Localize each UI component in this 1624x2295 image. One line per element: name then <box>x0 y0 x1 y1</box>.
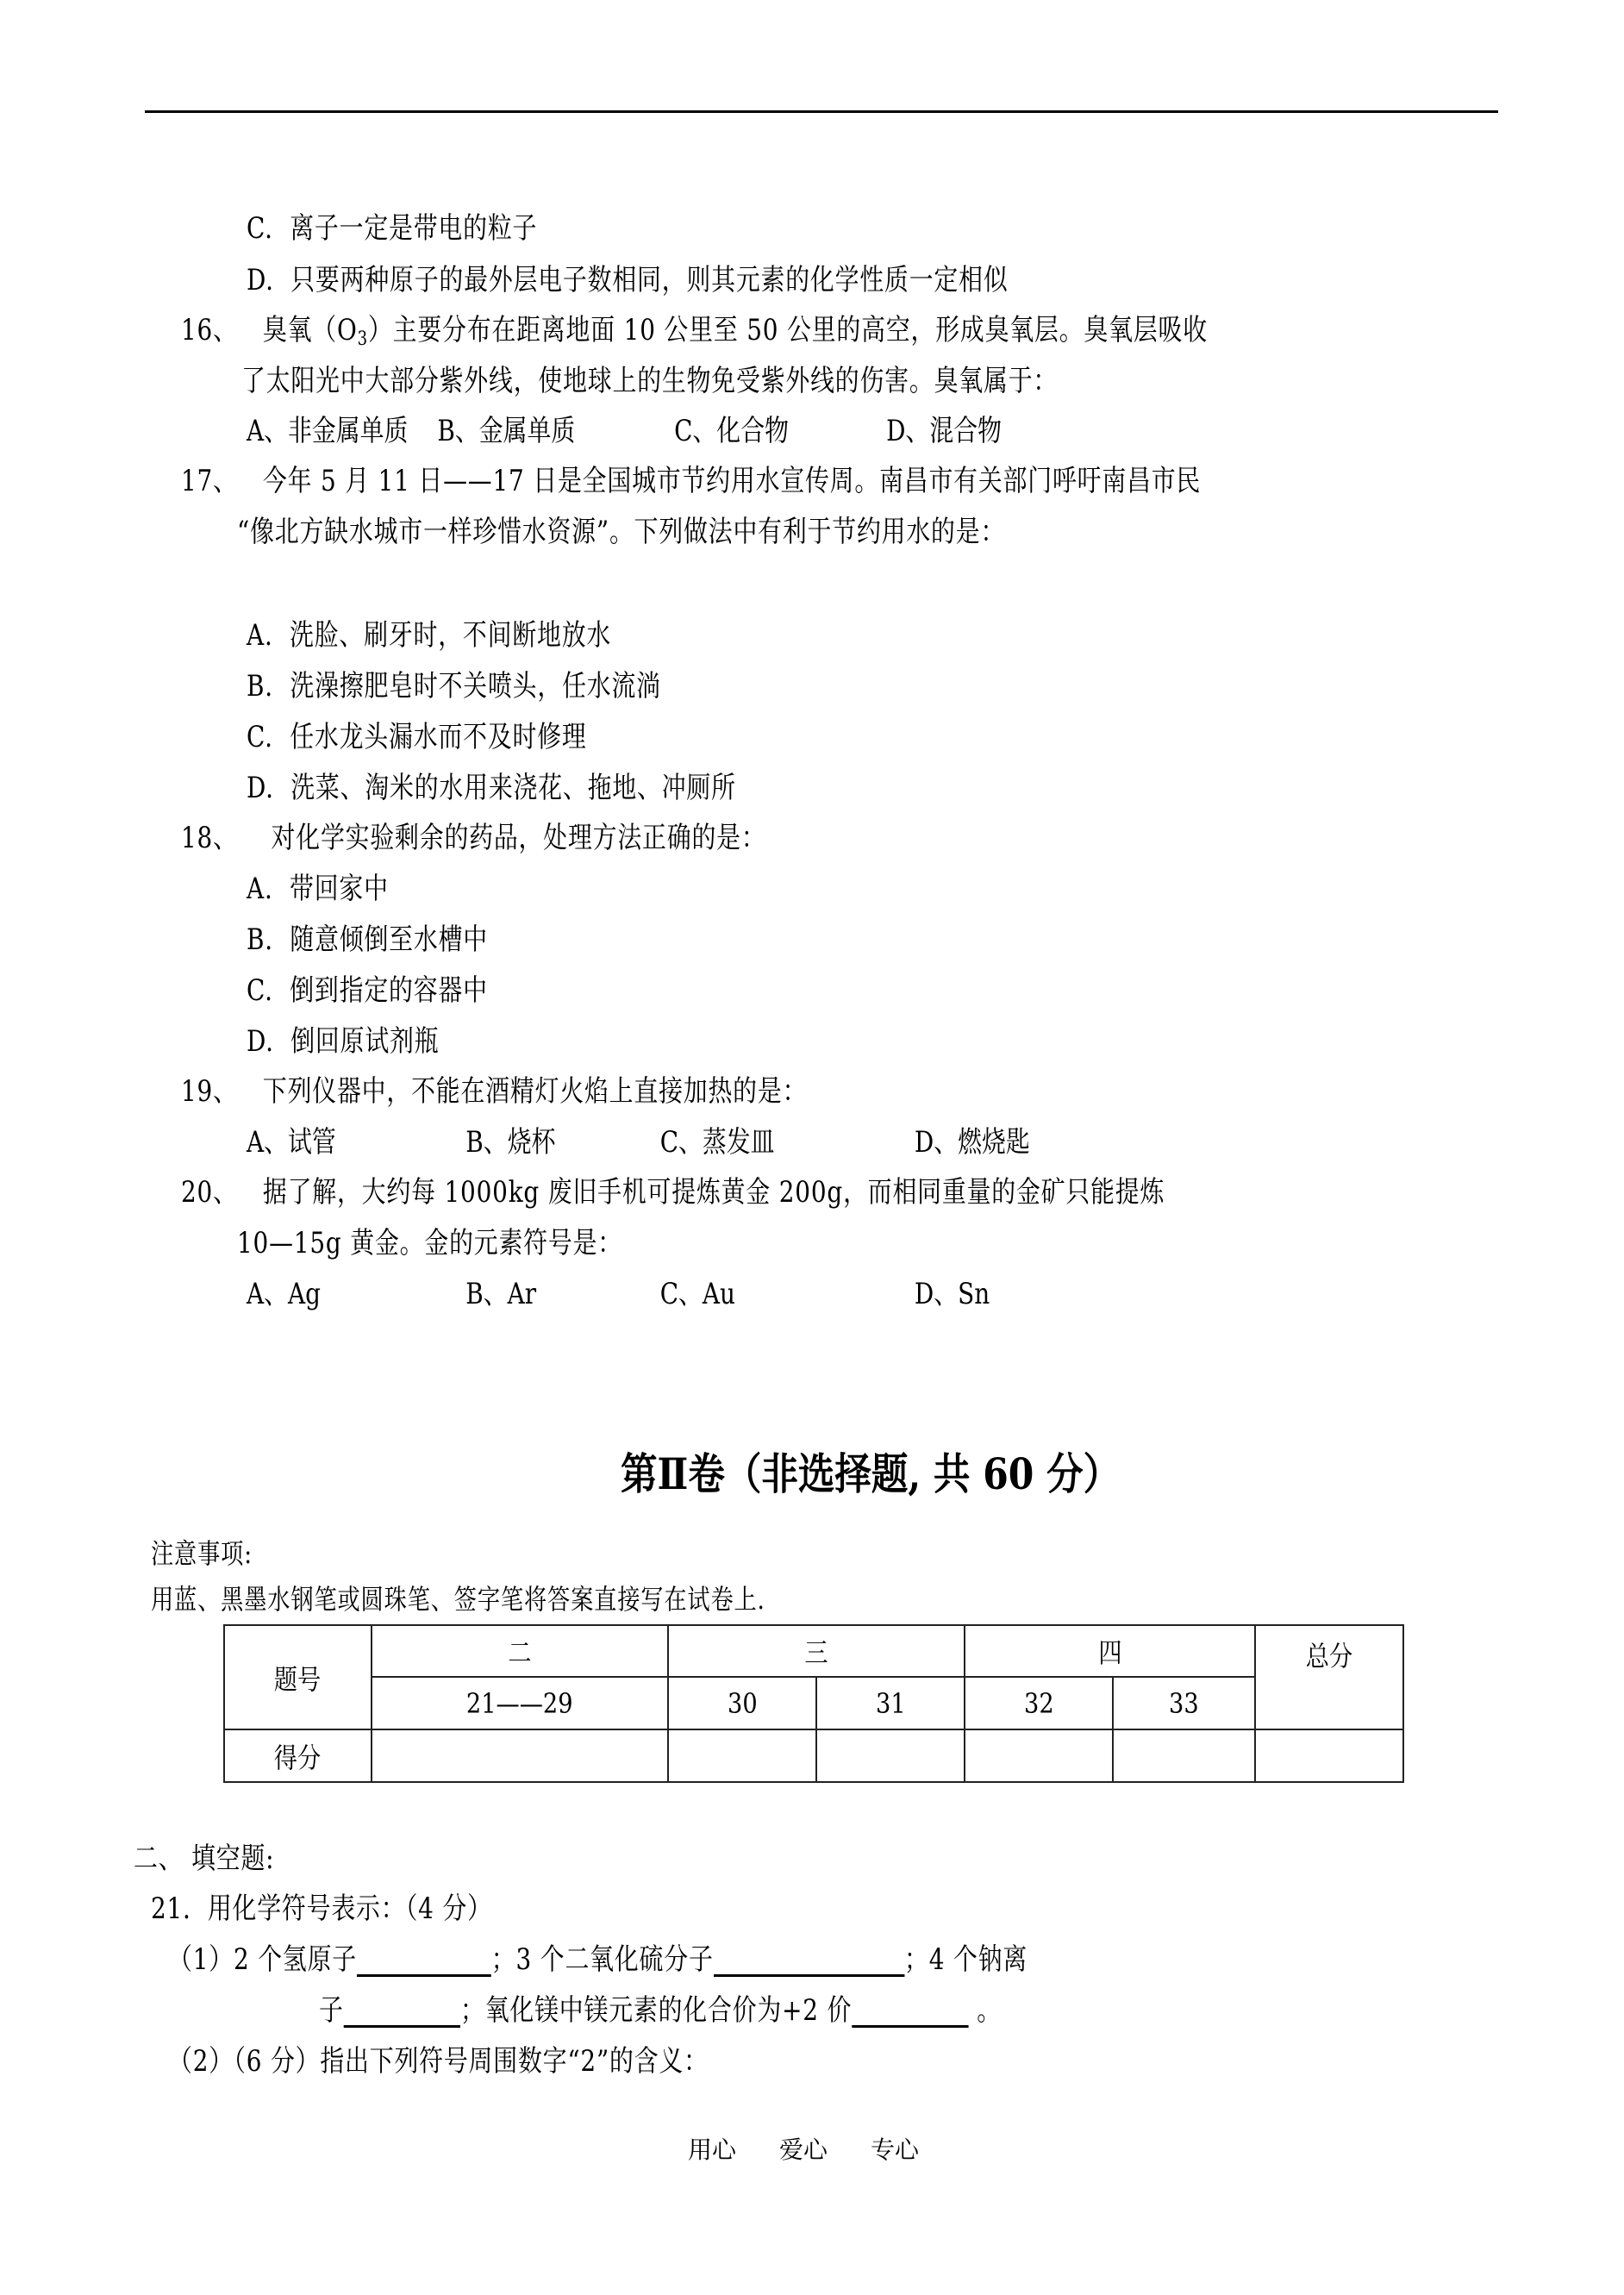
row-label-question-number: 题号 <box>224 1625 372 1729</box>
part2-title: 第Ⅱ卷（非选择题, 共 60 分） <box>621 1448 1120 1500</box>
answer-blank-sodium-ions[interactable] <box>344 1999 460 2028</box>
q15-option-c: C. 离子一定是带电的粒子 <box>247 211 537 246</box>
q21-text: ；4 个钠离 <box>904 1942 1027 1977</box>
q21-text: （1）2 个氢原子 <box>168 1942 357 1977</box>
option-c: C、蒸发皿 <box>660 1125 915 1160</box>
q21-text: ；氧化镁中镁元素的化合价为+2 价 <box>460 1993 852 2028</box>
score-cell-32[interactable] <box>965 1729 1113 1782</box>
option-c: C、Au <box>660 1277 915 1311</box>
option-text: 只要两种原子的最外层电子数相同，则其元素的化学性质一定相似 <box>290 263 1008 297</box>
option-label: B. <box>247 669 273 704</box>
option-a: A、Ag <box>247 1277 465 1311</box>
q17-option-d: D. 洗菜、淘米的水用来浇花、拖地、冲厕所 <box>247 771 736 805</box>
answer-blank-hydrogen-atoms[interactable] <box>357 1948 491 1977</box>
score-cell-21-29[interactable] <box>372 1729 668 1782</box>
label-text: 31 <box>876 1687 906 1720</box>
subcol-31: 31 <box>816 1677 965 1729</box>
q16-line2: 了太阳光中大部分紫外线，使地球上的生物免受紫外线的伤害。臭氧属于： <box>241 364 1058 398</box>
q17-line2: “像北方缺水城市一样珍惜水资源”。下列做法中有利于节约用水的是： <box>237 515 1005 549</box>
label-text: 得分 <box>274 1736 321 1776</box>
option-text: 随意倾倒至水槽中 <box>290 922 488 957</box>
header-rule <box>145 110 1498 113</box>
group-header-3: 三 <box>668 1625 965 1677</box>
page-footer: 用心爱心专心 <box>688 2131 962 2166</box>
q18-text: 对化学实验剩余的药品，处理方法正确的是： <box>272 821 766 855</box>
footer-item: 用心 <box>688 2136 736 2164</box>
option-label: C. <box>247 720 273 754</box>
option-text: 带回家中 <box>290 872 389 906</box>
q21-part2: （2）（6 分）指出下列符号周围数字“2”的含义： <box>168 2044 709 2079</box>
q16-text-a: 臭氧（O <box>263 313 358 347</box>
q20-text: 据了解，大约每 1000kg 废旧手机可提炼黄金 200g，而相同重量的金矿只能… <box>263 1175 1165 1210</box>
label-text: 题号 <box>274 1658 321 1698</box>
option-label: D. <box>247 1024 274 1059</box>
q15-option-d: D. 只要两种原子的最外层电子数相同，则其元素的化学性质一定相似 <box>247 263 1009 297</box>
q17-text: 今年 5 月 11 日——17 日是全国城市节约用水宣传周。南昌市有关部门呼吁南… <box>263 464 1201 498</box>
option-label: C. <box>247 211 273 246</box>
group-header-2: 二 <box>372 1625 668 1677</box>
option-text: 倒回原试剂瓶 <box>290 1024 439 1059</box>
option-label: A. <box>247 872 273 906</box>
q21-text: 。 <box>969 1993 1002 2028</box>
question-number: 18、 <box>181 821 238 855</box>
subcol-32: 32 <box>965 1677 1113 1729</box>
q20-line2: 10—15g 黄金。金的元素符号是： <box>237 1226 622 1260</box>
q19-text: 下列仪器中，不能在酒精灯火焰上直接加热的是： <box>263 1074 807 1109</box>
answer-blank-mg-valence[interactable] <box>852 1999 968 2028</box>
q21-text: ；3 个二氧化硫分子 <box>491 1942 714 1977</box>
option-b: B、Ar <box>465 1277 659 1311</box>
q21-text: 子 <box>319 1993 344 2028</box>
option-a: A、非金属单质 <box>247 414 437 448</box>
score-cell-30[interactable] <box>668 1729 816 1782</box>
option-d: D、混合物 <box>886 414 1002 448</box>
group-header-4: 四 <box>965 1625 1255 1677</box>
q19-line1: 19、 下列仪器中，不能在酒精灯火焰上直接加热的是： <box>181 1074 807 1109</box>
option-text: 离子一定是带电的粒子 <box>290 211 537 246</box>
footer-item: 爱心 <box>779 2136 828 2164</box>
label-text: 二 <box>508 1631 531 1671</box>
subcol-30: 30 <box>668 1677 816 1729</box>
option-text: 任水龙头漏水而不及时修理 <box>290 720 586 754</box>
answer-blank-so2-molecules[interactable] <box>714 1948 904 1977</box>
score-cell-total[interactable] <box>1255 1729 1403 1782</box>
q18-option-c: C. 倒到指定的容器中 <box>247 973 488 1008</box>
q21-part1-line2: 子；氧化镁中镁元素的化合价为+2 价 。 <box>319 1993 1002 2028</box>
q21-title: 21．用化学符号表示：（4 分） <box>151 1892 492 1926</box>
footer-item: 专心 <box>871 2136 919 2164</box>
score-cell-31[interactable] <box>816 1729 965 1782</box>
label-text: 总分 <box>1306 1635 1352 1674</box>
q18-option-b: B. 随意倾倒至水槽中 <box>247 922 488 957</box>
notice-text: 用蓝、黑墨水钢笔或圆珠笔、签字笔将答案直接写在试卷上. <box>151 1582 765 1617</box>
option-text: 倒到指定的容器中 <box>290 973 488 1008</box>
label-text: 30 <box>728 1687 758 1720</box>
question-number: 17、 <box>181 464 238 498</box>
label-text: 32 <box>1024 1687 1054 1720</box>
option-b: B、金属单质 <box>437 414 674 448</box>
q21-part1-line1: （1）2 个氢原子；3 个二氧化硫分子；4 个钠离 <box>168 1942 1027 1977</box>
subcol-33: 33 <box>1113 1677 1255 1729</box>
option-label: D. <box>247 771 274 805</box>
option-label: C. <box>247 973 273 1008</box>
option-d: D、Sn <box>915 1277 990 1311</box>
option-a: A、试管 <box>247 1125 465 1160</box>
option-text: 洗脸、刷牙时，不间断地放水 <box>290 618 611 653</box>
q17-option-b: B. 洗澡擦肥皂时不关喷头，任水流淌 <box>247 669 661 704</box>
label-text: 四 <box>1098 1631 1121 1671</box>
subscript: 3 <box>358 328 368 350</box>
q16-text-b: ）主要分布在距离地面 10 公里至 50 公里的高空，形成臭氧层。臭氧层吸收 <box>368 313 1208 347</box>
exam-page: C. 离子一定是带电的粒子 D. 只要两种原子的最外层电子数相同，则其元素的化学… <box>0 0 1624 2295</box>
option-label: D. <box>247 263 274 297</box>
subcol-21-29: 21——29 <box>372 1677 668 1729</box>
q18-option-d: D. 倒回原试剂瓶 <box>247 1024 439 1059</box>
label-text: 三 <box>804 1631 828 1671</box>
label-text: 21——29 <box>466 1687 573 1720</box>
question-number: 20、 <box>181 1175 238 1210</box>
q17-line1: 17、 今年 5 月 11 日——17 日是全国城市节约用水宣传周。南昌市有关部… <box>181 464 1201 498</box>
option-text: 洗菜、淘米的水用来浇花、拖地、冲厕所 <box>290 771 736 805</box>
q18-option-a: A. 带回家中 <box>247 872 389 906</box>
row-label-score: 得分 <box>224 1729 372 1782</box>
option-label: B. <box>247 922 273 957</box>
q17-option-a: A. 洗脸、刷牙时，不间断地放水 <box>247 618 611 653</box>
question-number: 16、 <box>181 313 238 347</box>
q17-option-c: C. 任水龙头漏水而不及时修理 <box>247 720 587 754</box>
total-header: 总分 <box>1255 1625 1403 1729</box>
label-text: 33 <box>1169 1687 1199 1720</box>
q20-line1: 20、 据了解，大约每 1000kg 废旧手机可提炼黄金 200g，而相同重量的… <box>181 1175 1165 1210</box>
option-text: 洗澡擦肥皂时不关喷头，任水流淌 <box>290 669 661 704</box>
q19-options: A、试管B、烧杯C、蒸发皿D、燃烧匙 <box>247 1125 1030 1160</box>
score-table: 题号 二 三 四 总分 21——29 30 31 32 33 得分 <box>223 1624 1404 1783</box>
q16-line1: 16、 臭氧（O3）主要分布在距离地面 10 公里至 50 公里的高空，形成臭氧… <box>181 313 1208 347</box>
q18-line1: 18、 对化学实验剩余的药品，处理方法正确的是： <box>181 821 766 855</box>
section2-heading: 二、 填空题: <box>134 1842 274 1876</box>
option-label: A. <box>247 618 273 653</box>
option-c: C、化合物 <box>674 414 886 448</box>
option-b: B、烧杯 <box>465 1125 659 1160</box>
score-cell-33[interactable] <box>1113 1729 1255 1782</box>
q20-options: A、AgB、ArC、AuD、Sn <box>247 1277 990 1311</box>
option-d: D、燃烧匙 <box>915 1125 1030 1160</box>
q16-options: A、非金属单质B、金属单质C、化合物D、混合物 <box>247 414 1002 448</box>
notice-heading: 注意事项: <box>151 1536 253 1571</box>
question-number: 19、 <box>181 1074 238 1109</box>
